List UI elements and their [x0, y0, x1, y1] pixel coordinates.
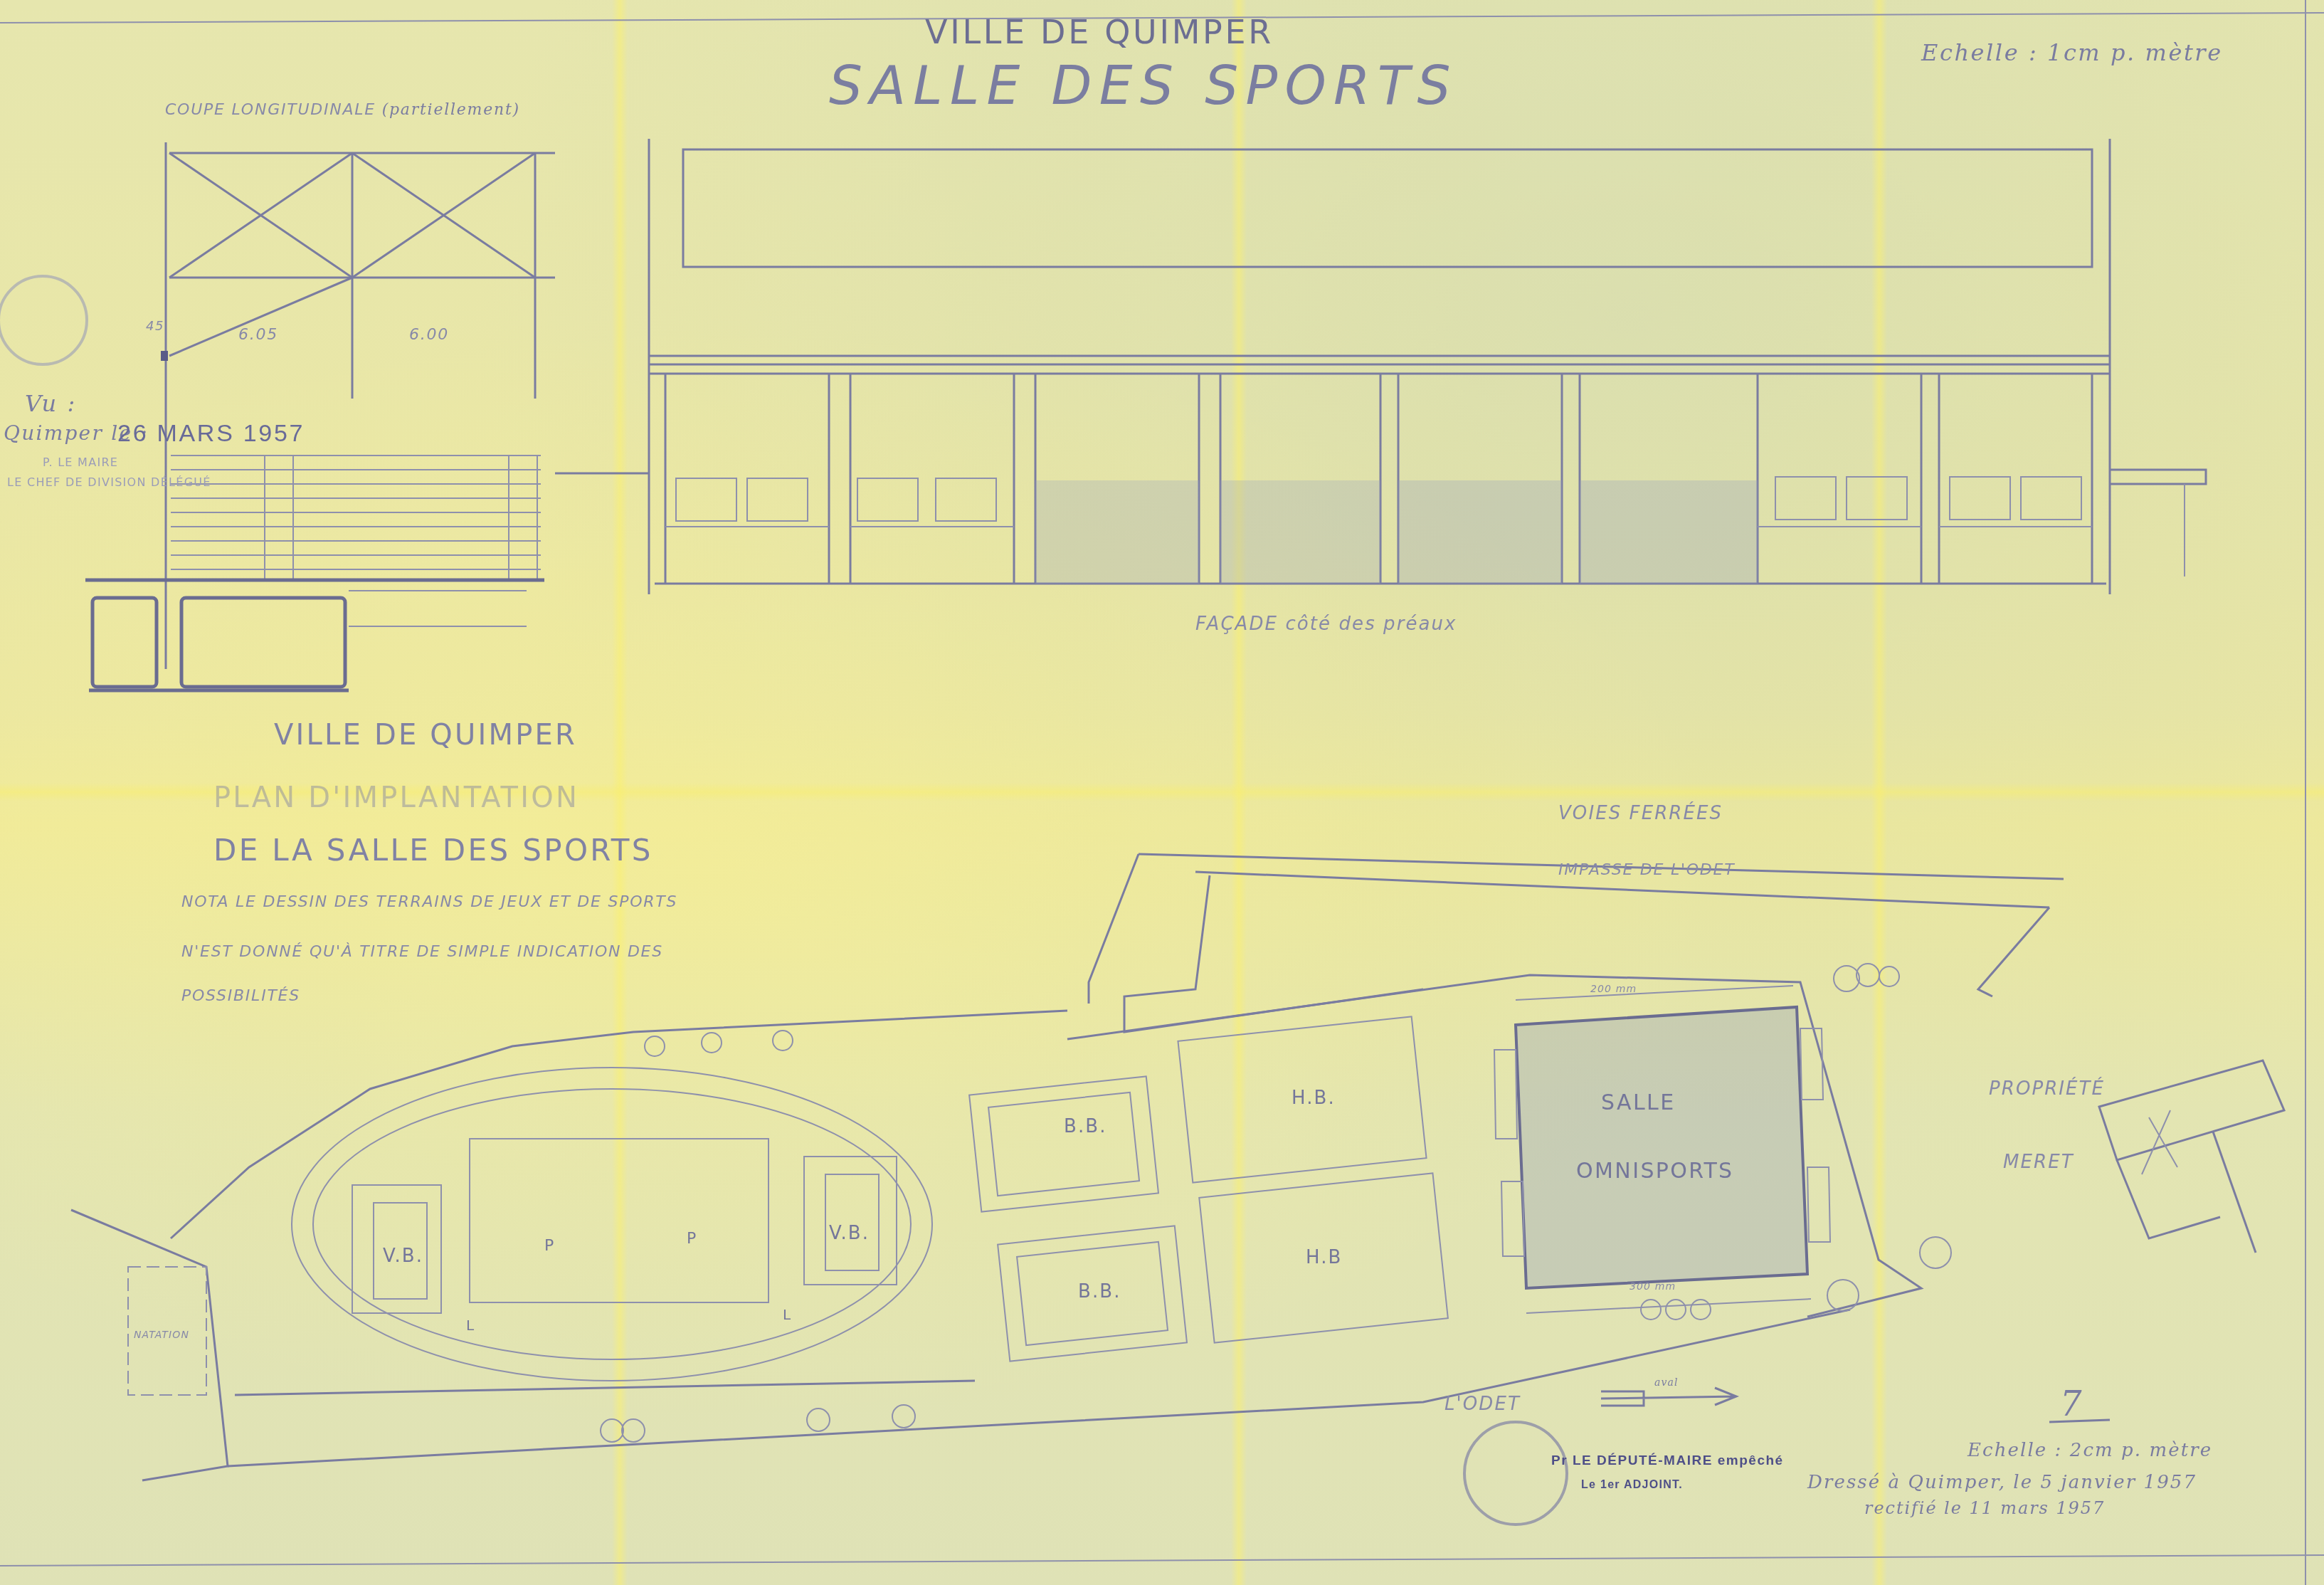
header-scale: Echelle : 1cm p. mètre	[1921, 39, 2223, 66]
dimension-label: 45	[146, 319, 164, 334]
field-mark: L	[783, 1306, 792, 1323]
mayor-stamp-line2: Le 1er ADJOINT.	[1581, 1479, 1683, 1492]
court-label: V.B.	[383, 1246, 423, 1267]
river-flow-label: aval	[1654, 1377, 1679, 1389]
seal-stamp	[1464, 1422, 1567, 1525]
longitudinal-section-drawing	[85, 142, 555, 690]
site-plan-note-3: POSSIBILITÉS	[181, 987, 300, 1005]
sheet-number: 7	[2060, 1384, 2084, 1424]
drawn-date: Dressé à Quimper, le 5 janvier 1957	[1807, 1472, 2197, 1493]
facade-label: FAÇADE côté des préaux	[1195, 614, 1457, 635]
site-plan-note-1: NOTA LE DESSIN DES TERRAINS DE JEUX ET D…	[181, 893, 677, 911]
impasse-label: IMPASSE DE L'ODET	[1558, 861, 1735, 879]
court-label: H.B	[1306, 1247, 1342, 1268]
approval-vu: Vu :	[25, 390, 77, 417]
facade-drawing	[555, 139, 2206, 594]
river-label: L'ODET	[1444, 1394, 1521, 1415]
court-label: B.B.	[1064, 1116, 1107, 1137]
dimension-label: 6.00	[409, 326, 449, 344]
mayor-stamp-line1: Pr LE DÉPUTÉ-MAIRE empêché	[1551, 1453, 1784, 1469]
hall-dimension-bottom: 300 mm	[1630, 1281, 1676, 1292]
approval-date: 26 MARS 1957	[117, 420, 305, 448]
site-plan-city: VILLE DE QUIMPER	[274, 719, 577, 752]
site-plan-title-line1: PLAN D'IMPLANTATION	[213, 781, 579, 814]
court-label: V.B.	[829, 1223, 870, 1244]
revised-date: rectifié le 11 mars 1957	[1864, 1498, 2105, 1518]
dimension-label: 6.05	[238, 326, 278, 344]
property-label-2: MERET	[2003, 1152, 2074, 1173]
seal-stamp	[0, 276, 87, 364]
hall-label-1: SALLE	[1601, 1090, 1676, 1115]
site-plan-title-line2: DE LA SALLE DES SPORTS	[213, 833, 653, 868]
hall-dimension-top: 200 mm	[1590, 984, 1637, 995]
approval-line2: LE CHEF DE DIVISION DÉLÉGUÉ	[7, 475, 211, 489]
site-plan-note-2: N'EST DONNÉ QU'À TITRE DE SIMPLE INDICAT…	[181, 943, 663, 961]
approval-line1: P. LE MAIRE	[43, 456, 118, 469]
swimming-label: NATATION	[134, 1329, 189, 1341]
section-label: COUPE LONGITUDINALE (partiellement)	[165, 101, 520, 119]
court-label: H.B.	[1292, 1088, 1336, 1109]
field-mark: P	[544, 1237, 555, 1255]
header-city: VILLE DE QUIMPER	[925, 13, 1274, 51]
court-label: B.B.	[1078, 1281, 1121, 1302]
footer-scale: Echelle : 2cm p. mètre	[1968, 1440, 2212, 1461]
field-mark: P	[687, 1230, 697, 1248]
railway-label: VOIES FERRÉES	[1558, 803, 1723, 824]
header-title: SALLE DES SPORTS	[829, 56, 1458, 117]
hall-label-2: OMNISPORTS	[1576, 1159, 1734, 1184]
property-label-1: PROPRIÉTÉ	[1989, 1078, 2105, 1100]
blueprint-sheet: VILLE DE QUIMPER SALLE DES SPORTS Echell…	[0, 0, 2324, 1585]
section-label-text: COUPE LONGITUDINALE	[165, 101, 376, 119]
section-label-suffix: (partiellement)	[382, 101, 520, 119]
field-mark: L	[466, 1317, 475, 1334]
